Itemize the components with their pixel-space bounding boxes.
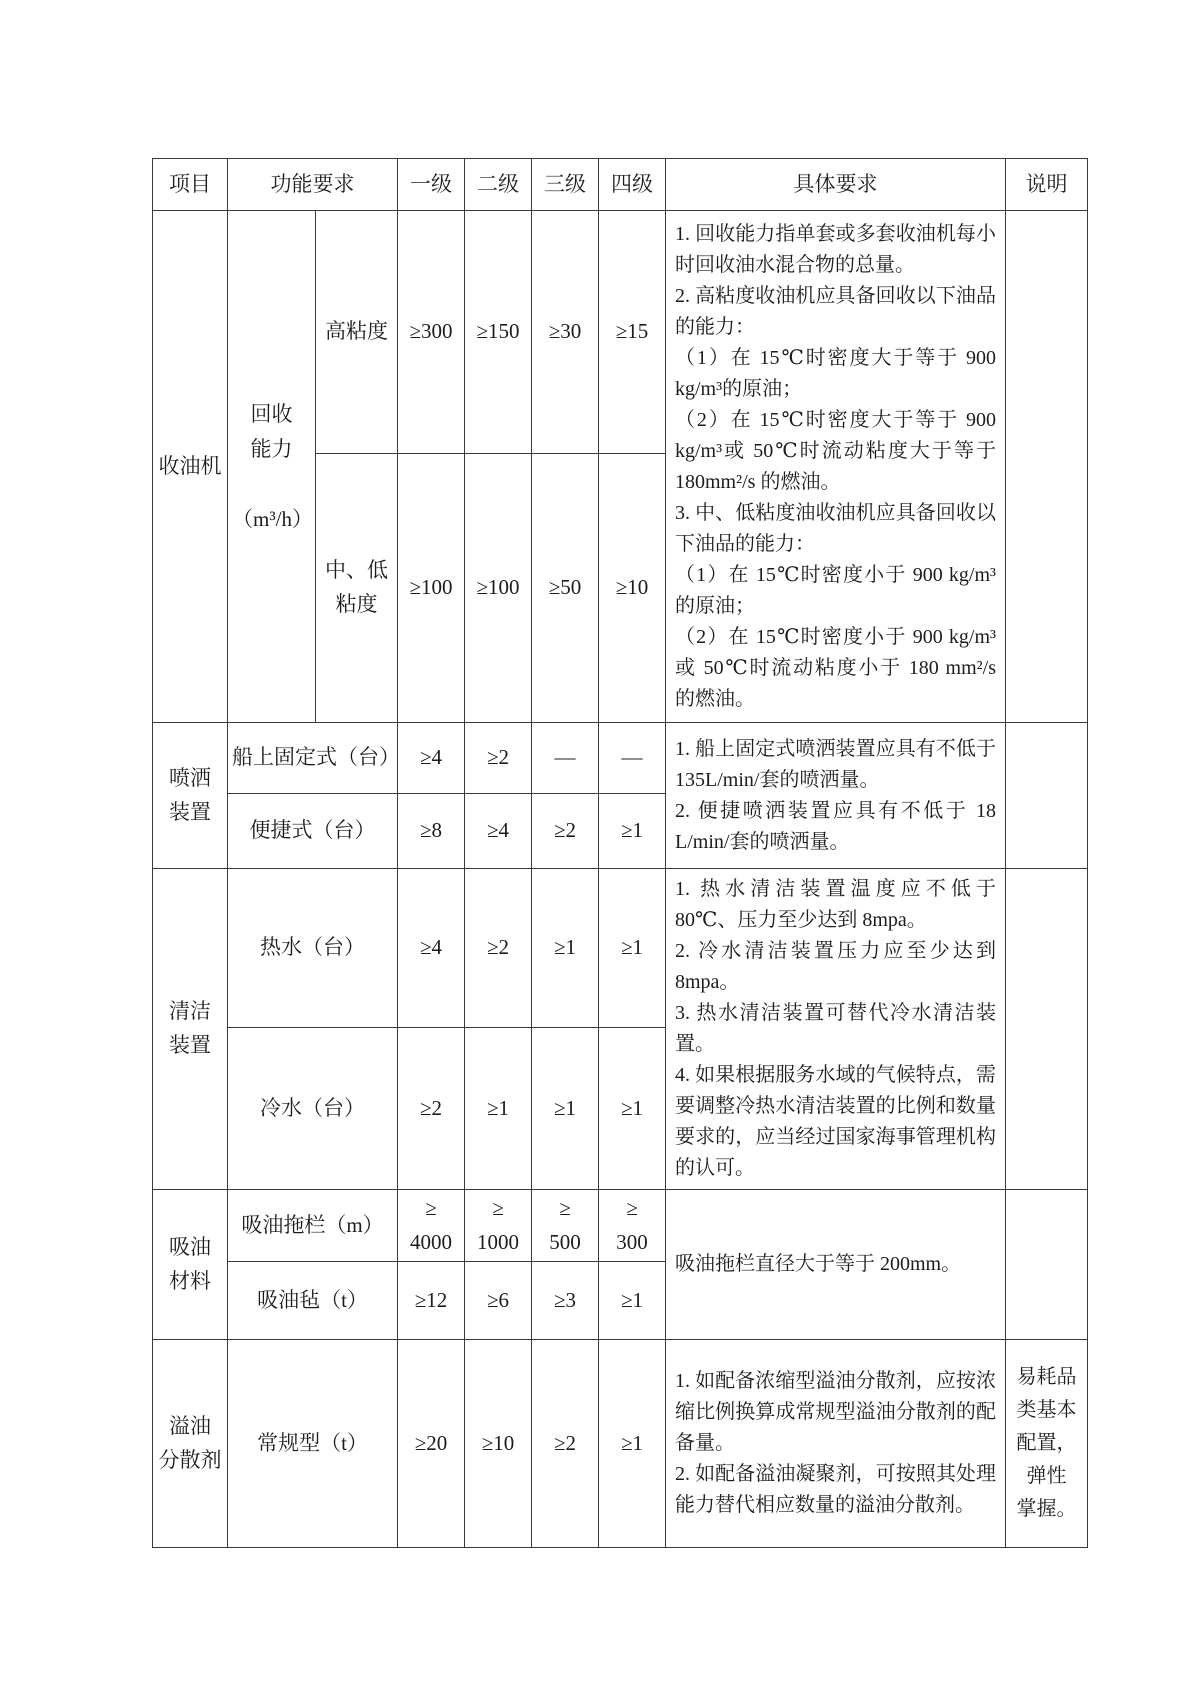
- table-sheet: 项目 功能要求 一级 二级 三级 四级 具体要求 说明 收油机 回收 能力 （m…: [152, 158, 1088, 1548]
- level-value-cell: ≥2: [465, 869, 532, 1028]
- level-value-cell: ≥2: [532, 794, 599, 869]
- level-value-cell: ≥1: [532, 1028, 599, 1190]
- header-requirements: 具体要求: [666, 159, 1006, 211]
- level-value-cell: ≥1: [599, 1262, 666, 1340]
- level-value-cell: ≥6: [465, 1262, 532, 1340]
- row-label-shipboard-fixed: 船上固定式（台）: [228, 723, 398, 794]
- header-level-1: 一级: [398, 159, 465, 211]
- level-value-cell: ≥4: [398, 869, 465, 1028]
- row-dispersant-regular: 溢油 分散剂 常规型（t） ≥20 ≥10 ≥2 ≥1 1. 如配备浓缩型溢油分…: [153, 1340, 1088, 1548]
- item-cell-cleaning-device: 清洁 装置: [153, 869, 228, 1190]
- level-value-cell: ≥4: [398, 723, 465, 794]
- header-notes: 说明: [1006, 159, 1088, 211]
- level-value-cell: ≥2: [465, 723, 532, 794]
- row-label-absorbent-boom: 吸油拖栏（m）: [228, 1190, 398, 1262]
- level-value-cell: ≥100: [465, 454, 532, 723]
- level-value-cell: ≥ 500: [532, 1190, 599, 1262]
- item-cell-absorbent-material: 吸油 材料: [153, 1190, 228, 1340]
- level-value-cell: —: [532, 723, 599, 794]
- requirements-cell-skimmer: 1. 回收能力指单套或多套收油机每小时回收油水混合物的总量。 2. 高粘度收油机…: [666, 211, 1006, 723]
- level-value-cell: ≥50: [532, 454, 599, 723]
- level-value-cell: ≥12: [398, 1262, 465, 1340]
- level-value-cell: ≥15: [599, 211, 666, 454]
- row-label-absorbent-felt: 吸油毡（t）: [228, 1262, 398, 1340]
- level-value-cell: ≥2: [398, 1028, 465, 1190]
- level-value-cell: ≥10: [599, 454, 666, 723]
- header-level-2: 二级: [465, 159, 532, 211]
- header-item: 项目: [153, 159, 228, 211]
- row-label-hot-water: 热水（台）: [228, 869, 398, 1028]
- level-value-cell: ≥20: [398, 1340, 465, 1548]
- row-label-cold-water: 冷水（台）: [228, 1028, 398, 1190]
- row-cleaning-hot-water: 清洁 装置 热水（台） ≥4 ≥2 ≥1 ≥1 1. 热水清洁装置温度应不低于 …: [153, 869, 1088, 1028]
- level-value-cell: —: [599, 723, 666, 794]
- notes-cell-skimmer: [1006, 211, 1088, 723]
- row-label-regular-type: 常规型（t）: [228, 1340, 398, 1548]
- level-value-cell: ≥3: [532, 1262, 599, 1340]
- header-function: 功能要求: [228, 159, 398, 211]
- level-value-cell: ≥8: [398, 794, 465, 869]
- level-value-cell: ≥30: [532, 211, 599, 454]
- notes-cell-dispersant: 易耗品 类基本 配置， 弹性 掌握。: [1006, 1340, 1088, 1548]
- row-label-mid-low-viscosity: 中、低 粘度: [316, 454, 398, 723]
- level-value-cell: ≥1: [599, 1340, 666, 1548]
- level-value-cell: ≥300: [398, 211, 465, 454]
- row-label-portable: 便捷式（台）: [228, 794, 398, 869]
- level-value-cell: ≥100: [398, 454, 465, 723]
- level-value-cell: ≥ 1000: [465, 1190, 532, 1262]
- level-value-cell: ≥10: [465, 1340, 532, 1548]
- item-cell-skimmer: 收油机: [153, 211, 228, 723]
- item-cell-dispersant: 溢油 分散剂: [153, 1340, 228, 1548]
- level-value-cell: ≥1: [599, 869, 666, 1028]
- requirements-cell-spray-device: 1. 船上固定式喷洒装置应具有不低于 135L/min/套的喷洒量。 2. 便捷…: [666, 723, 1006, 869]
- notes-cell-spray-device: [1006, 723, 1088, 869]
- group-cell-recovery-capacity: 回收 能力 （m³/h）: [228, 211, 316, 723]
- level-value-cell: ≥150: [465, 211, 532, 454]
- row-spray-fixed: 喷洒 装置 船上固定式（台） ≥4 ≥2 — — 1. 船上固定式喷洒装置应具有…: [153, 723, 1088, 794]
- header-level-4: 四级: [599, 159, 666, 211]
- level-value-cell: ≥ 4000: [398, 1190, 465, 1262]
- level-value-cell: ≥4: [465, 794, 532, 869]
- level-value-cell: ≥1: [599, 794, 666, 869]
- row-skimmer-high-viscosity: 收油机 回收 能力 （m³/h） 高粘度 ≥300 ≥150 ≥30 ≥15 1…: [153, 211, 1088, 454]
- level-value-cell: ≥ 300: [599, 1190, 666, 1262]
- notes-cell-absorbent-material: [1006, 1190, 1088, 1340]
- requirements-cell-dispersant: 1. 如配备浓缩型溢油分散剂，应按浓缩比例换算成常规型溢油分散剂的配备量。 2.…: [666, 1340, 1006, 1548]
- row-absorbent-boom: 吸油 材料 吸油拖栏（m） ≥ 4000 ≥ 1000 ≥ 500 ≥ 300 …: [153, 1190, 1088, 1262]
- header-level-3: 三级: [532, 159, 599, 211]
- item-cell-spray-device: 喷洒 装置: [153, 723, 228, 869]
- level-value-cell: ≥1: [599, 1028, 666, 1190]
- level-value-cell: ≥1: [532, 869, 599, 1028]
- level-value-cell: ≥1: [465, 1028, 532, 1190]
- requirements-cell-cleaning-device: 1. 热水清洁装置温度应不低于 80℃、压力至少达到 8mpa。 2. 冷水清洁…: [666, 869, 1006, 1190]
- requirements-cell-absorbent-material: 吸油拖栏直径大于等于 200mm。: [666, 1190, 1006, 1340]
- notes-cell-cleaning-device: [1006, 869, 1088, 1190]
- document-page: { "document": { "background": "#ffffff",…: [0, 0, 1191, 1684]
- header-row: 项目 功能要求 一级 二级 三级 四级 具体要求 说明: [153, 159, 1088, 211]
- level-value-cell: ≥2: [532, 1340, 599, 1548]
- equipment-requirements-table: 项目 功能要求 一级 二级 三级 四级 具体要求 说明 收油机 回收 能力 （m…: [152, 158, 1088, 1548]
- row-label-high-viscosity: 高粘度: [316, 211, 398, 454]
